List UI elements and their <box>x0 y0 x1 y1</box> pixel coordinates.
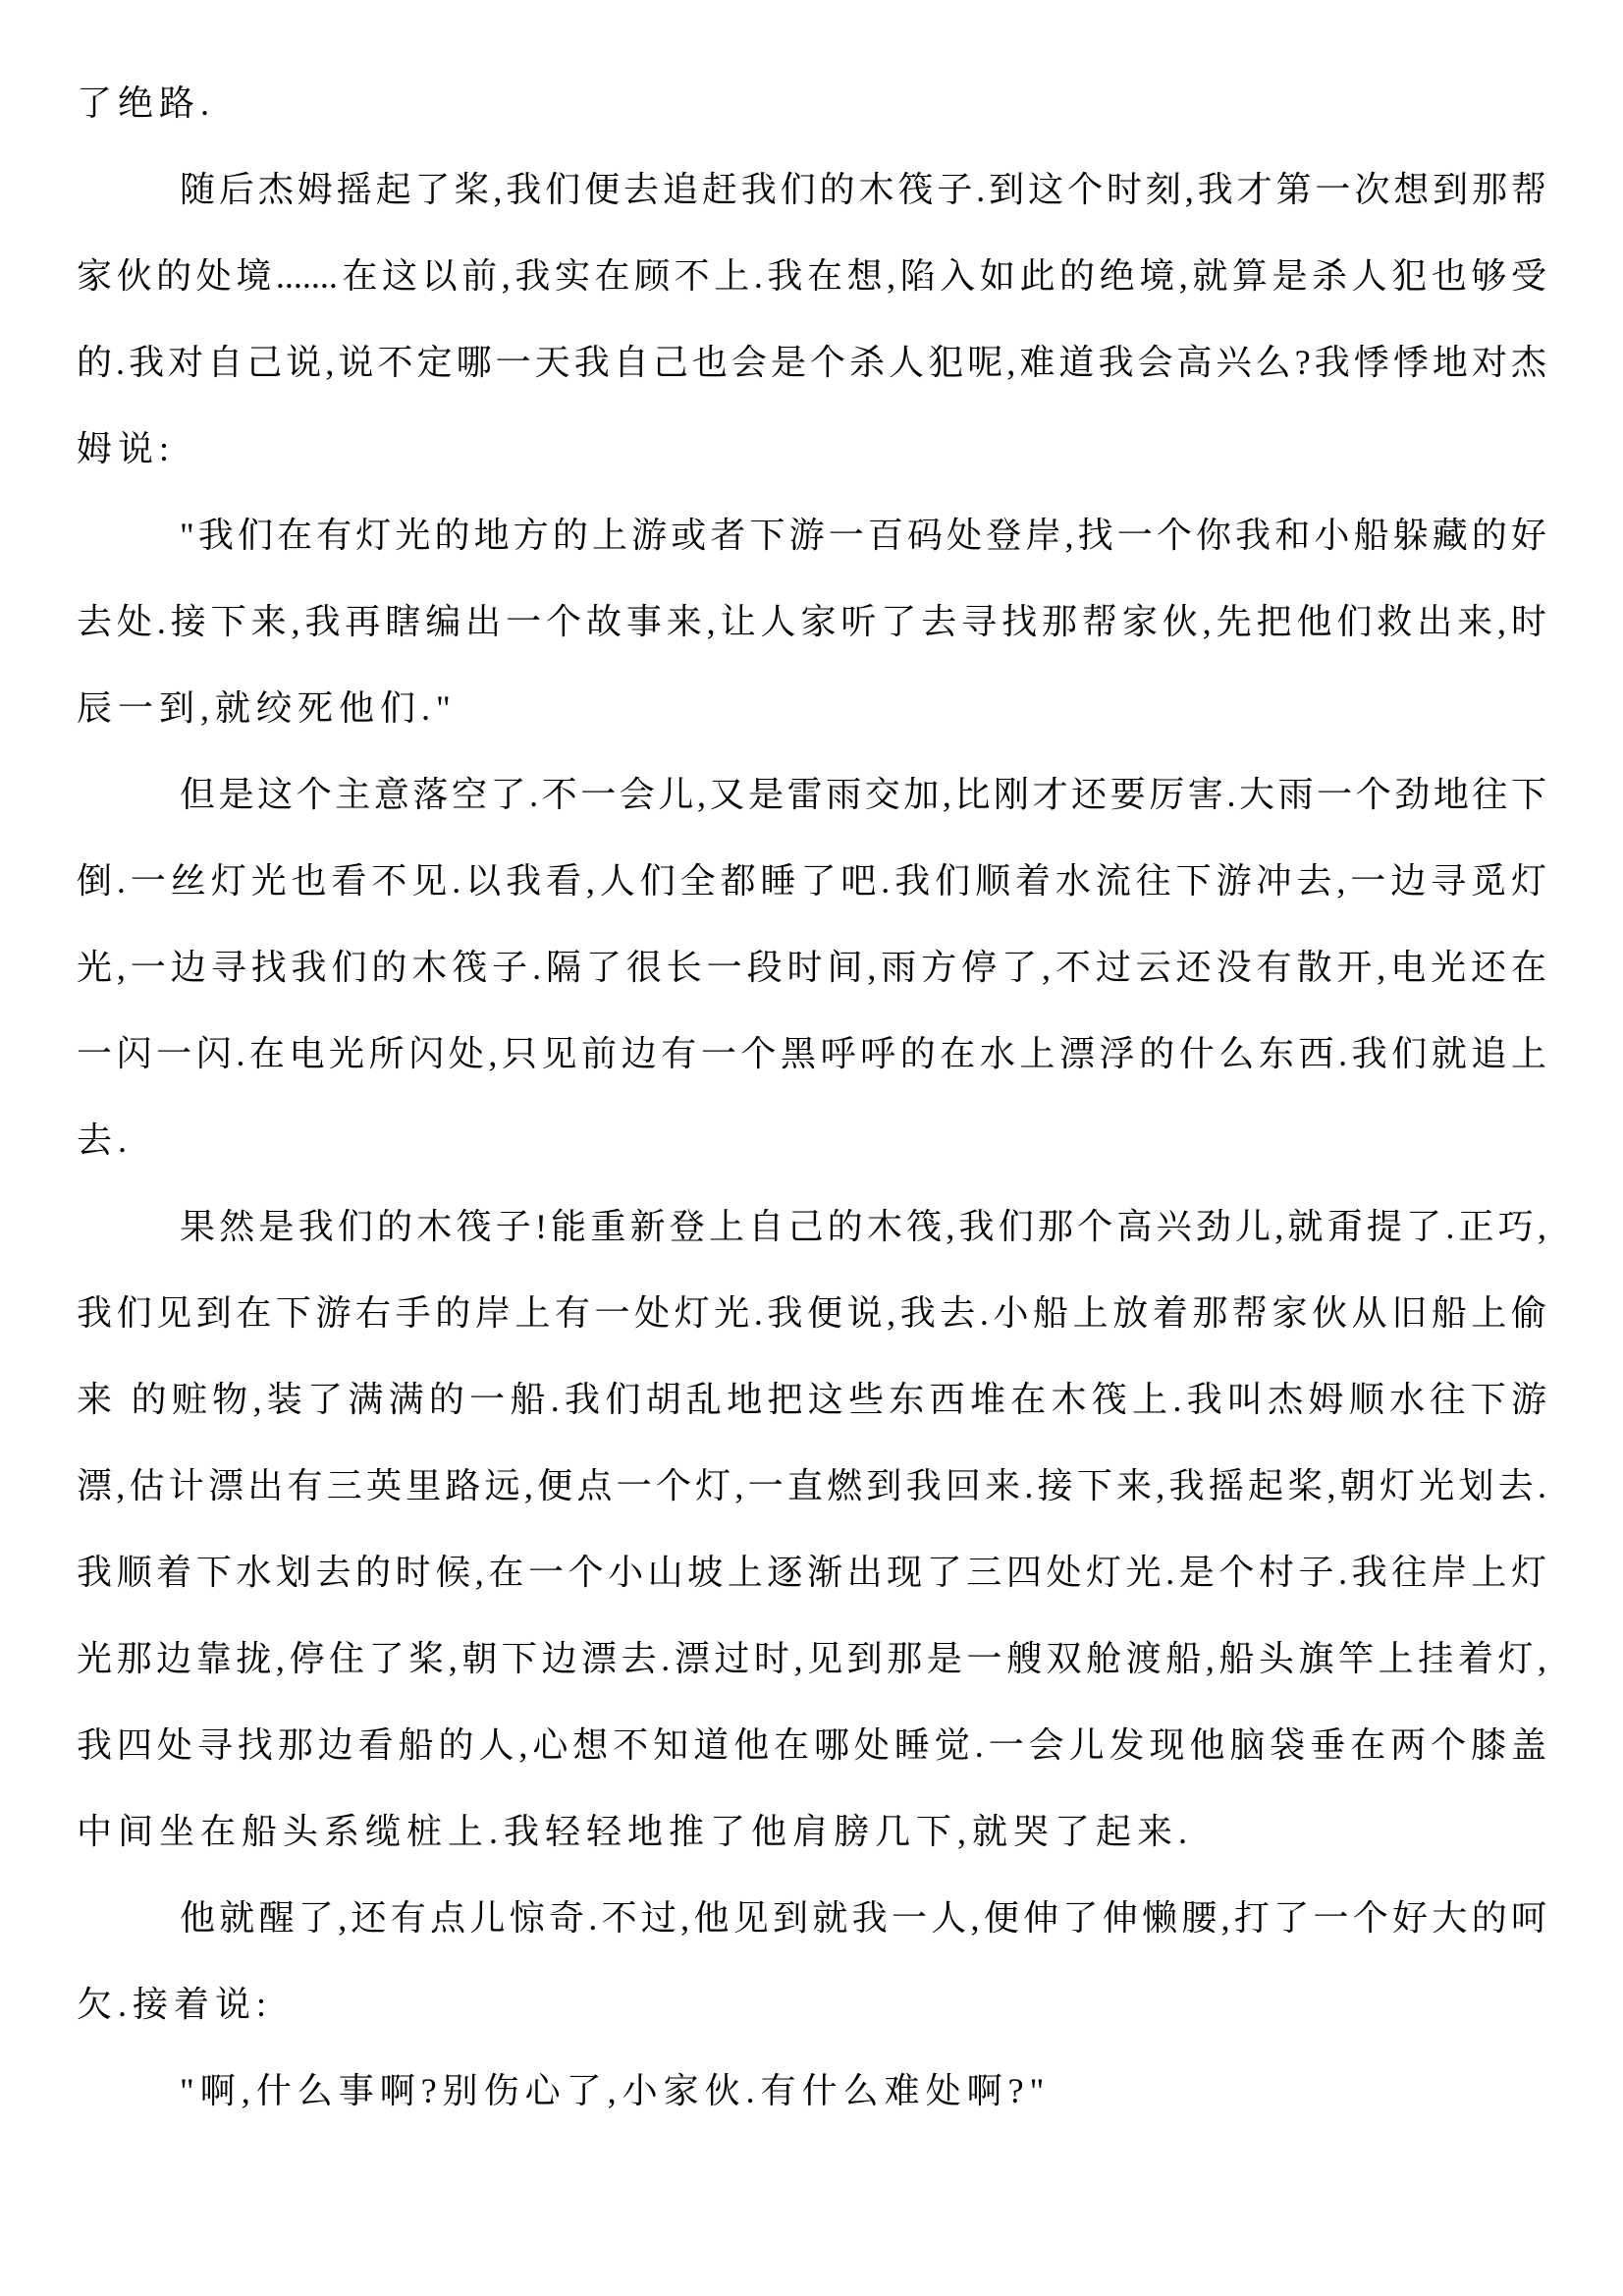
body-text: 了绝路. 随后杰姆摇起了桨,我们便去追赶我们的木筏子.到这个时刻,我才第一次想到… <box>77 60 1546 2134</box>
text-line: 光,一边寻找我们的木筏子.隔了很长一段时间,雨方停了,不过云还没有散开,电光还在 <box>77 924 1546 1011</box>
text-line: 随后杰姆摇起了桨,我们便去追赶我们的木筏子.到这个时刻,我才第一次想到那帮 <box>77 146 1546 233</box>
document-page: 了绝路. 随后杰姆摇起了桨,我们便去追赶我们的木筏子.到这个时刻,我才第一次想到… <box>0 0 1623 2296</box>
text-line: 中间坐在船头系缆桩上.我轻轻地推了他肩膀几下,就哭了起来. <box>77 1788 1546 1875</box>
text-line: 光那边靠拢,停住了桨,朝下边漂去.漂过时,见到那是一艘双舱渡船,船头旗竿上挂着灯… <box>77 1615 1546 1702</box>
text-line: 但是这个主意落空了.不一会儿,又是雷雨交加,比刚才还要厉害.大雨一个劲地往下 <box>77 751 1546 838</box>
text-line: 去. <box>77 1097 1546 1183</box>
text-line: 了绝路. <box>77 60 1546 146</box>
text-line: 一闪一闪.在电光所闪处,只见前边有一个黑呼呼的在水上漂浮的什么东西.我们就追上 <box>77 1011 1546 1097</box>
text-line: 姆说: <box>77 406 1546 492</box>
text-line: 果然是我们的木筏子!能重新登上自己的木筏,我们那个高兴劲儿,就甭提了.正巧, <box>77 1183 1546 1270</box>
text-line: 他就醒了,还有点儿惊奇.不过,他见到就我一人,便伸了伸懒腰,打了一个好大的呵 <box>77 1875 1546 1961</box>
text-line: 我四处寻找那边看船的人,心想不知道他在哪处睡觉.一会儿发现他脑袋垂在两个膝盖 <box>77 1702 1546 1788</box>
text-line: 漂,估计漂出有三英里路远,便点一个灯,一直燃到我回来.接下来,我摇起桨,朝灯光划… <box>77 1443 1546 1529</box>
text-line: 的.我对自己说,说不定哪一天我自己也会是个杀人犯呢,难道我会高兴么?我悸悸地对杰 <box>77 319 1546 406</box>
text-line: 家伙的处境.......在这以前,我实在顾不上.我在想,陷入如此的绝境,就算是杀… <box>77 233 1546 319</box>
text-line: 来 的赃物,装了满满的一船.我们胡乱地把这些东西堆在木筏上.我叫杰姆顺水往下游 <box>77 1356 1546 1443</box>
text-line: 欠.接着说: <box>77 1961 1546 2048</box>
text-line: 我顺着下水划去的时候,在一个小山坡上逐渐出现了三四处灯光.是个村子.我往岸上灯 <box>77 1529 1546 1615</box>
text-line: 辰一到,就绞死他们." <box>77 665 1546 751</box>
text-line: 去处.接下来,我再瞎编出一个故事来,让人家听了去寻找那帮家伙,先把他们救出来,时 <box>77 578 1546 665</box>
text-line: 我们见到在下游右手的岸上有一处灯光.我便说,我去.小船上放着那帮家伙从旧船上偷 <box>77 1270 1546 1356</box>
text-line: 倒.一丝灯光也看不见.以我看,人们全都睡了吧.我们顺着水流往下游冲去,一边寻觅灯 <box>77 838 1546 924</box>
text-line: "啊,什么事啊?别伤心了,小家伙.有什么难处啊?" <box>77 2048 1546 2134</box>
text-line: "我们在有灯光的地方的上游或者下游一百码处登岸,找一个你我和小船躲藏的好 <box>77 492 1546 578</box>
